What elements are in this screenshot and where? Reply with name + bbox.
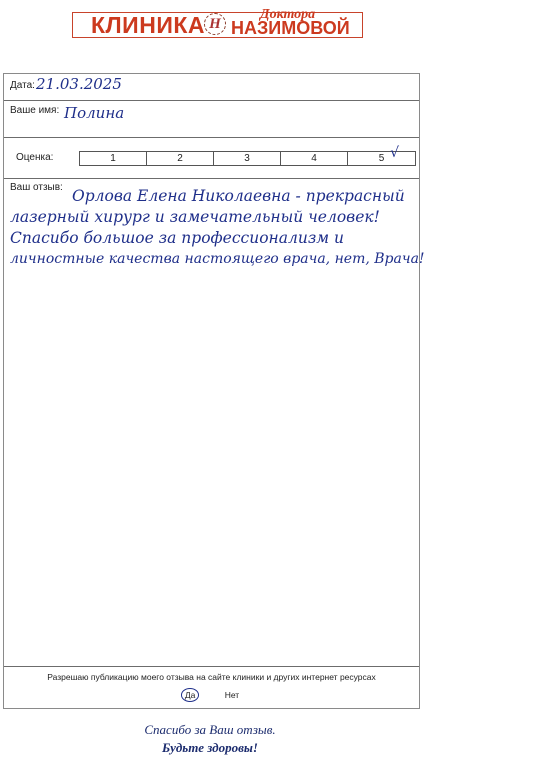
consent-row: Разрешаю публикацию моего отзыва на сайт… xyxy=(4,666,419,708)
logo-clinic-word: КЛИНИКА xyxy=(91,12,205,39)
date-row: Дата: 21.03.2025 xyxy=(4,74,419,101)
check-mark-icon: √ xyxy=(390,147,399,160)
rating-option-1[interactable]: 1 xyxy=(80,152,147,165)
logo-name-word: НАЗИМОВОЙ xyxy=(231,18,350,39)
consent-no-option[interactable]: Нет xyxy=(222,689,242,701)
consent-yes-option[interactable]: Да xyxy=(181,688,199,702)
rating-scale: 1 2 3 4 5√ xyxy=(79,151,416,166)
review-field[interactable]: Орлова Елена Николаевна - прекрасный лаз… xyxy=(10,186,410,270)
rating-option-5[interactable]: 5√ xyxy=(348,152,415,165)
review-row: Ваш отзыв: Орлова Елена Николаевна - пре… xyxy=(4,178,419,667)
feedback-form: Дата: 21.03.2025 Ваше имя: Полина Оценка… xyxy=(3,73,420,709)
rating-option-4[interactable]: 4 xyxy=(281,152,348,165)
date-field[interactable]: 21.03.2025 xyxy=(36,75,122,93)
clinic-logo: КЛИНИКА Н Доктора НАЗИМОВОЙ xyxy=(72,12,363,38)
date-label: Дата: xyxy=(10,80,35,91)
rating-option-2[interactable]: 2 xyxy=(147,152,214,165)
thanks-text: Спасибо за Ваш отзыв. xyxy=(0,722,420,738)
rating-option-3[interactable]: 3 xyxy=(214,152,281,165)
consent-text: Разрешаю публикацию моего отзыва на сайт… xyxy=(4,672,419,682)
name-label: Ваше имя: xyxy=(10,105,59,116)
name-row: Ваше имя: Полина xyxy=(4,100,419,138)
logo-emblem-icon: Н xyxy=(204,13,226,35)
name-field[interactable]: Полина xyxy=(64,104,124,122)
rating-label: Оценка: xyxy=(16,152,53,163)
rating-row: Оценка: 1 2 3 4 5√ xyxy=(4,137,419,179)
consent-options: Да Нет xyxy=(4,688,419,702)
wish-text: Будьте здоровы! xyxy=(0,740,420,756)
